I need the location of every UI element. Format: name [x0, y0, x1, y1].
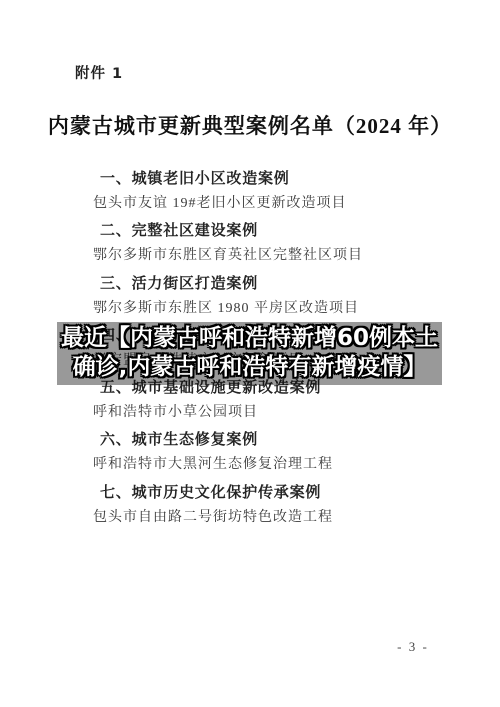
section-heading: 七、城市历史文化保护传承案例 — [0, 479, 500, 505]
section-item: 鄂尔多斯市东胜区育英社区完整社区项目 — [0, 243, 500, 269]
section-heading: 二、完整社区建设案例 — [0, 217, 500, 243]
document-page: 附件 1 内蒙古城市更新典型案例名单（2024 年） 一、城镇老旧小区改造案例 … — [0, 0, 500, 707]
document-title: 内蒙古城市更新典型案例名单（2024 年） — [0, 110, 500, 140]
attachment-label: 附件 1 — [75, 62, 123, 83]
section-7: 七、城市历史文化保护传承案例 包头市自由路二号街坊特色改造工程 — [0, 479, 500, 531]
section-1: 一、城镇老旧小区改造案例 包头市友谊 19#老旧小区更新改造项目 — [0, 165, 500, 217]
section-2: 二、完整社区建设案例 鄂尔多斯市东胜区育英社区完整社区项目 — [0, 217, 500, 269]
page-number: - 3 - — [388, 639, 438, 655]
watermark-overlay: 最近【内蒙古呼和浩特新增60例本土 确诊,内蒙古呼和浩特有新增疫情】 — [57, 322, 442, 385]
watermark-line-2: 确诊,内蒙古呼和浩特有新增疫情】 — [57, 353, 442, 382]
section-3: 三、活力街区打造案例 鄂尔多斯市东胜区 1980 平房区改造项目 — [0, 270, 500, 322]
section-item: 包头市自由路二号街坊特色改造工程 — [0, 505, 500, 531]
section-6: 六、城市生态修复案例 呼和浩特市大黑河生态修复治理工程 — [0, 426, 500, 478]
section-heading: 一、城镇老旧小区改造案例 — [0, 165, 500, 191]
section-item: 呼和浩特市大黑河生态修复治理工程 — [0, 452, 500, 478]
section-heading: 三、活力街区打造案例 — [0, 270, 500, 296]
watermark-line-1: 最近【内蒙古呼和浩特新增60例本土 — [57, 324, 442, 353]
section-item: 鄂尔多斯市东胜区 1980 平房区改造项目 — [0, 296, 500, 322]
section-heading: 六、城市生态修复案例 — [0, 426, 500, 452]
section-item: 包头市友谊 19#老旧小区更新改造项目 — [0, 191, 500, 217]
section-item: 呼和浩特市小草公园项目 — [0, 400, 500, 426]
